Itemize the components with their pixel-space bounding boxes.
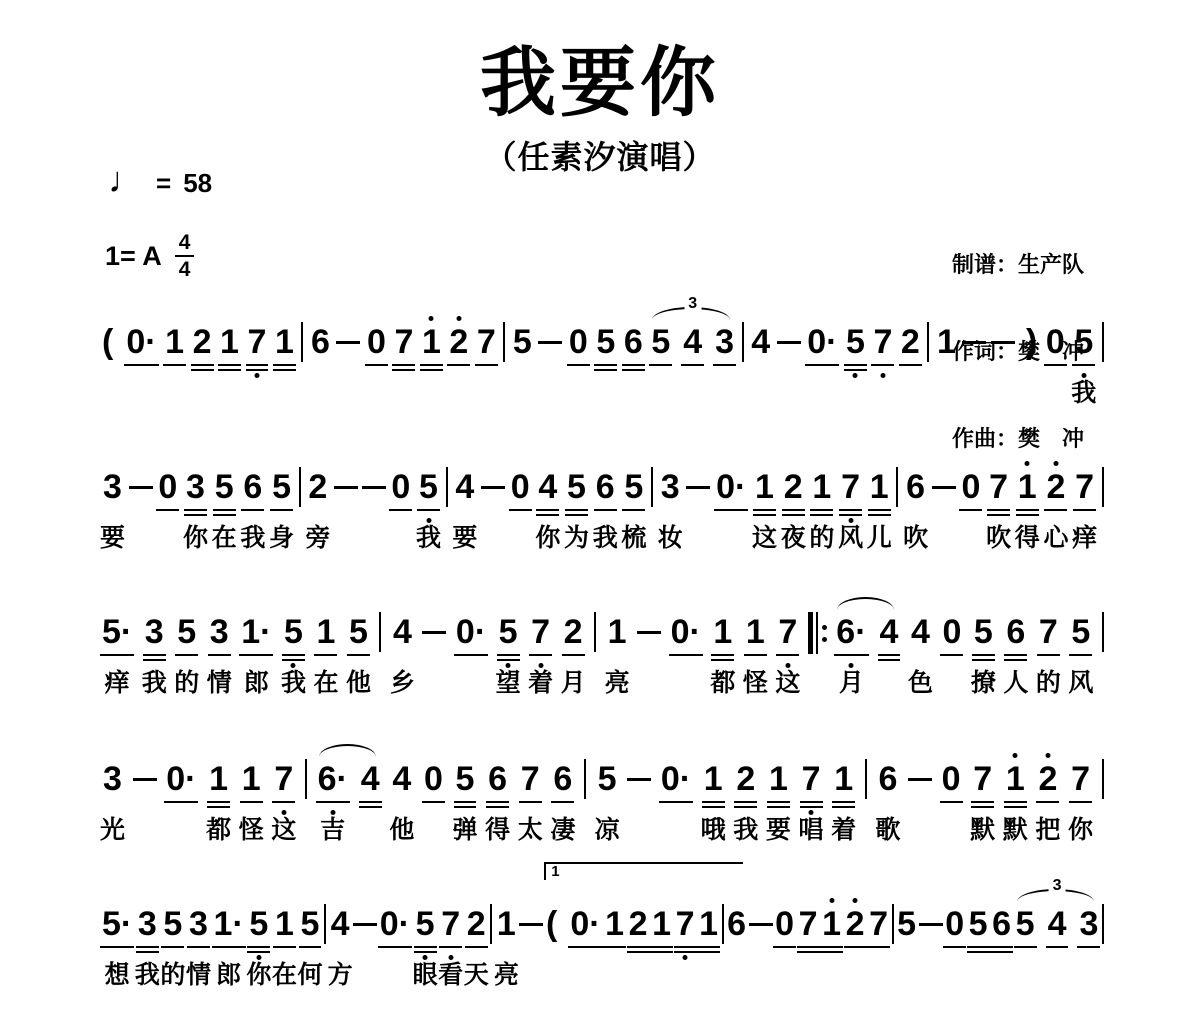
lyric: 何 (297, 961, 322, 989)
duration-dash (686, 486, 710, 489)
note-token: 1在 (272, 904, 297, 989)
notation-line: (0·121716071275056354340·5721)05我 (100, 322, 1105, 407)
note-token: 7这 (775, 612, 800, 697)
lyric: 着 (831, 816, 856, 844)
note-glyph: 5 (622, 467, 645, 507)
note-glyph: 4 (749, 322, 772, 362)
duration-dash (932, 486, 956, 489)
dash-token (908, 759, 932, 826)
lyric: 情 (207, 669, 232, 697)
lyric: 为 (564, 524, 589, 552)
note-token: 3情 (207, 612, 232, 697)
lyric: 光 (100, 816, 125, 844)
note-token: 5 (594, 322, 617, 407)
lyric: 默 (970, 816, 995, 844)
duration-dash (637, 631, 661, 634)
octave-dot-above (853, 898, 858, 903)
notation-line: 3光0·1都1怪7这6·吉44他05弹6得7太6凄5凉0·1哦2我1要7唱1着6… (100, 759, 1105, 844)
note-glyph: 2 (191, 322, 214, 362)
dash-token (422, 612, 446, 679)
note-glyph: 7 (797, 904, 820, 944)
note-token: 5梳 (621, 467, 646, 552)
note-token: 6得 (485, 759, 510, 844)
note-token: 7的 (1036, 612, 1061, 697)
note-glyph: 4 (391, 612, 414, 652)
note-glyph: 0 (509, 467, 532, 507)
note-glyph: 1 (207, 759, 230, 799)
note-token: 5 (511, 322, 534, 407)
note-token: 1怪 (239, 759, 264, 844)
note-group: 6·吉4 (316, 759, 382, 844)
barline-token (502, 322, 506, 407)
dash-token (749, 904, 773, 971)
note-row: 3光0·1都1怪7这6·吉44他05弹6得7太6凄5凉0·1哦2我1要7唱1着6… (100, 759, 1105, 844)
barline-token (1101, 322, 1105, 407)
note-glyph: 5 (844, 322, 867, 362)
barline (446, 467, 448, 507)
paren-token: ) (1024, 322, 1039, 407)
note-glyph: 5 (649, 322, 672, 362)
barline (594, 612, 596, 652)
barline (324, 904, 326, 944)
lyric: 月 (839, 669, 864, 697)
note-token: 5 (967, 904, 990, 989)
lyric: 我 (135, 961, 160, 989)
note-glyph: 4 (681, 322, 704, 362)
lyric: 这 (271, 816, 296, 844)
dash-token (777, 322, 801, 389)
tempo-equals: = (156, 168, 171, 199)
lyric: 要 (766, 816, 791, 844)
lyric: 我 (416, 524, 441, 552)
note-glyph: 1 (240, 759, 263, 799)
note-token: 3妆 (658, 467, 683, 552)
lyric: 我 (593, 524, 618, 552)
note-token: 2 (899, 322, 922, 407)
note-token: 7默 (970, 759, 995, 844)
lyric: 在 (212, 524, 237, 552)
note-token: 2我 (733, 759, 758, 844)
note-token: 5撩 (971, 612, 996, 697)
note-glyph: 0· (124, 322, 158, 362)
duration-dash (627, 778, 651, 781)
note-token: 1·郎 (212, 904, 246, 989)
note-glyph: 1 (606, 612, 629, 652)
note-token: 1 (273, 322, 296, 407)
lyric: 在 (272, 961, 297, 989)
octave-dot-below (1081, 373, 1086, 378)
lyric: 旁 (305, 524, 330, 552)
note-glyph: 7 (1069, 759, 1092, 799)
octave-dot-above (1013, 753, 1018, 758)
note-token: 5眼 (413, 904, 438, 989)
note-token: 6·吉 (316, 759, 350, 844)
note-token: 4色 (908, 612, 933, 697)
note-glyph: 5 (161, 904, 184, 944)
note-token: 1要 (766, 759, 791, 844)
note-token: 1 (820, 904, 843, 989)
credit-composer: 作曲：樊 冲 (952, 424, 1084, 453)
note-group: ) (991, 322, 1039, 407)
note-token: 0· (124, 322, 158, 407)
dash-token (627, 759, 651, 826)
repeat-token (808, 612, 827, 699)
note-token: 5·想 (100, 904, 134, 989)
barline-token (300, 322, 304, 407)
note-glyph: 7 (519, 759, 542, 799)
note-token: 5我 (1071, 322, 1096, 407)
barline-token (891, 904, 895, 989)
lyric: 的 (809, 524, 834, 552)
note-token: 7着 (528, 612, 553, 697)
note-glyph: 3 (184, 467, 207, 507)
barline-token (445, 467, 449, 552)
lyric: 望 (496, 669, 521, 697)
note-glyph: 5 (1069, 612, 1092, 652)
note-glyph: 1 (697, 904, 720, 944)
lyric: 身 (269, 524, 294, 552)
note-glyph: 1 (218, 322, 241, 362)
parenthesis: ( (544, 904, 559, 944)
note-token: 7这 (271, 759, 296, 844)
tempo-marking: ♩ = 58 (108, 168, 212, 199)
octave-dot-below (426, 518, 431, 523)
octave-dot-below (330, 810, 335, 815)
note-token: 2把 (1035, 759, 1060, 844)
note-token: 1 (650, 904, 673, 989)
note-token: 6 (990, 904, 1013, 989)
note-group: (0· (544, 904, 603, 989)
note-token: 3 (713, 322, 736, 407)
note-glyph: 5 (967, 904, 990, 944)
note-glyph: 1 (753, 467, 776, 507)
note-token: 0 (940, 759, 963, 844)
note-row: (0·121716071275056354340·5721)05我 (100, 322, 1105, 407)
note-glyph: 5 (565, 467, 588, 507)
duration-dash (336, 341, 360, 344)
lyric: 看 (438, 961, 463, 989)
lyric: 哦 (701, 816, 726, 844)
note-glyph: 2 (734, 759, 757, 799)
note-glyph: 1 (820, 904, 843, 944)
note-token: 0 (940, 612, 963, 697)
note-token: 6 (725, 904, 748, 989)
note-token: 3情 (186, 904, 211, 989)
note-glyph: 2 (465, 904, 488, 944)
note-token: 1 (218, 322, 241, 407)
dash-token (336, 322, 360, 389)
lyric: 风 (1068, 669, 1093, 697)
note-token: 1得 (1015, 467, 1040, 552)
repeat-thick-bar (808, 612, 813, 654)
note-glyph: 0 (1044, 322, 1067, 362)
note-glyph: 5 (895, 904, 918, 944)
note-token: 5的 (174, 612, 199, 697)
note-glyph: 1 (650, 904, 673, 944)
note-glyph: 6 (551, 759, 574, 799)
note-token: 7 (867, 904, 890, 989)
lyric: 方 (328, 961, 353, 989)
note-glyph: 1 (711, 612, 734, 652)
note-glyph: 0· (454, 612, 488, 652)
lyric: 夜 (781, 524, 806, 552)
note-token: 4你 (535, 467, 560, 552)
note-group: (0· (100, 322, 159, 407)
note-glyph: 7 (529, 612, 552, 652)
note-glyph: 4 (878, 612, 901, 652)
note-glyph: 0· (805, 322, 839, 362)
barline (299, 467, 301, 507)
barline (742, 322, 744, 362)
note-glyph: 5 (497, 612, 520, 652)
duration-dash (538, 341, 562, 344)
barline (379, 612, 381, 652)
barline (927, 322, 929, 362)
note-token: 6我 (593, 467, 618, 552)
note-glyph: 1 (495, 904, 518, 944)
note-glyph: 7 (439, 904, 462, 944)
barline-token (650, 467, 654, 552)
note-token: 0 (959, 467, 982, 552)
barline-token (593, 612, 597, 697)
duration-dash (962, 341, 986, 344)
dash-token (481, 467, 505, 534)
note-glyph: 5 (175, 612, 198, 652)
octave-dot-below (448, 955, 453, 960)
octave-dot-below (256, 955, 261, 960)
note-glyph: 5 (1014, 904, 1037, 944)
repeat-dots (822, 625, 827, 642)
note-token: 7 (246, 322, 269, 407)
dash-token (353, 904, 377, 971)
lyric: 月 (561, 669, 586, 697)
quarter-note-icon: ♩ (108, 162, 144, 198)
note-glyph: 6 (241, 467, 264, 507)
note-token: 0 (389, 467, 412, 552)
note-glyph: 0· (378, 904, 412, 944)
note-token: 0· (669, 612, 703, 697)
note-token: 2心 (1043, 467, 1068, 552)
lyric: 痒 (105, 669, 130, 697)
note-glyph: 4 (1046, 904, 1069, 944)
note-token: 0· (164, 759, 198, 844)
note-token: 0 (567, 322, 590, 407)
note-token: 6 (622, 322, 645, 407)
parenthesis: ( (100, 322, 115, 362)
repeat-dot (822, 625, 827, 630)
lyric: 痒 (1072, 524, 1097, 552)
duration-dash (749, 923, 773, 926)
note-token: 1着 (831, 759, 856, 844)
note-token: 2旁 (305, 467, 330, 552)
note-glyph: 2 (782, 467, 805, 507)
note-token: 3我 (135, 904, 160, 989)
note-glyph: 4 (329, 904, 352, 944)
note-glyph: 4 (390, 759, 413, 799)
note-glyph: 6· (316, 759, 350, 799)
dash-token (538, 322, 562, 389)
duration-dash (908, 778, 932, 781)
octave-dot-below (254, 373, 259, 378)
octave-dot-below (785, 663, 790, 668)
note-token: 5弹 (452, 759, 477, 844)
note-glyph: 1 (603, 904, 626, 944)
note-glyph: 2 (844, 904, 867, 944)
note-token: 1 (935, 322, 958, 407)
note-glyph: 6 (309, 322, 332, 362)
barline (892, 904, 894, 944)
note-glyph: 0 (156, 467, 179, 507)
note-token: 1都 (206, 759, 231, 844)
barline (1102, 904, 1104, 944)
note-token: 6·月 (834, 612, 868, 697)
note-glyph: 4 (536, 467, 559, 507)
first-ending-number: 1 (546, 864, 743, 880)
note-glyph: 0 (943, 904, 966, 944)
note-glyph: 5 (414, 904, 437, 944)
note-token: 7 (392, 322, 415, 407)
barline-token (323, 904, 327, 989)
dash-token (129, 467, 153, 534)
note-glyph: 0· (669, 612, 703, 652)
note-token: 7唱 (799, 759, 824, 844)
note-glyph: 4 (359, 759, 382, 799)
barline (1102, 612, 1104, 652)
duration-dash (991, 341, 1015, 344)
note-glyph: 5 (247, 904, 270, 944)
note-glyph: 1 (767, 759, 790, 799)
note-row: 5·痒3我5的3情1·郎5我1在5他4乡0·5望7着2月1亮0·1都1怪7这6·… (100, 612, 1105, 699)
lyric: 怪 (743, 669, 768, 697)
note-token: 1儿 (867, 467, 892, 552)
duration-dash (362, 486, 386, 489)
octave-dot-below (683, 955, 688, 960)
duration-dash (777, 341, 801, 344)
barline-token (926, 322, 930, 407)
lyric: 风 (838, 524, 863, 552)
barline-token (864, 759, 868, 844)
lyric: 妆 (658, 524, 683, 552)
lyric: 亮 (494, 961, 519, 989)
note-token: 0· (714, 467, 748, 552)
lyric: 他 (346, 669, 371, 697)
octave-dot-below (853, 373, 858, 378)
lyric: 我 (1071, 379, 1096, 407)
note-glyph: 5 (972, 612, 995, 652)
duration-dash (129, 486, 153, 489)
barline-token (489, 904, 493, 989)
note-token: 6凄 (550, 759, 575, 844)
note-glyph: 7 (392, 322, 415, 362)
lyric: 你 (183, 524, 208, 552)
time-signature-top: 4 (175, 232, 195, 255)
note-glyph: 6 (876, 759, 899, 799)
note-glyph: 0· (714, 467, 748, 507)
octave-dot-below (880, 373, 885, 378)
octave-dot-below (809, 810, 814, 815)
note-glyph: 0 (959, 467, 982, 507)
note-token: 4他 (389, 759, 414, 844)
note-token: 0· (805, 322, 839, 407)
octave-dot-below (506, 663, 511, 668)
repeat-thin-bar (816, 612, 818, 654)
note-glyph: 5· (100, 612, 134, 652)
note-token: 0· (454, 612, 488, 697)
lyric: 我 (733, 816, 758, 844)
lyric: 你 (246, 961, 271, 989)
note-glyph: 5 (417, 467, 440, 507)
lyric: 我 (142, 669, 167, 697)
note-token: 3你 (183, 467, 208, 552)
note-token: 5凉 (595, 759, 620, 844)
barline (301, 322, 303, 362)
barline (896, 467, 898, 507)
dash-token (932, 467, 956, 534)
octave-dot-below (848, 518, 853, 523)
note-token: 1怪 (743, 612, 768, 697)
note-token: 2 (191, 322, 214, 407)
note-glyph: 2 (1036, 759, 1059, 799)
note-token: 1 (603, 904, 626, 989)
time-signature-bottom: 4 (175, 255, 195, 280)
note-token: 4要 (452, 467, 477, 552)
note-token: 7 (797, 904, 820, 989)
duration-dash (481, 486, 505, 489)
note-glyph: 1 (832, 759, 855, 799)
lyric: 吉 (320, 816, 345, 844)
note-token: 1这 (752, 467, 777, 552)
octave-dot-below (423, 955, 428, 960)
key-signature: 1= A 4 4 (105, 232, 194, 280)
octave-dot-below (538, 663, 543, 668)
note-glyph: 0 (773, 904, 796, 944)
note-token: 5我 (281, 612, 306, 697)
dash-token (334, 467, 358, 534)
dash-token (919, 904, 943, 971)
song-title: 我要你 (0, 0, 1200, 122)
key-label: 1= A (105, 241, 162, 272)
note-token: 1 (420, 322, 443, 407)
note-glyph: 6 (904, 467, 927, 507)
note-row: 3要03你5在6我5身2旁05我4要04你5为6我5梳3妆0·1这2夜1的7风1… (100, 467, 1105, 552)
note-token: 2 (844, 904, 867, 989)
note-glyph: 7 (867, 904, 890, 944)
lyric: 你 (535, 524, 560, 552)
note-glyph: 1 (1004, 759, 1027, 799)
lyric: 凄 (550, 816, 575, 844)
note-token: 7 (475, 322, 498, 407)
barline (651, 467, 653, 507)
note-token: 5为 (564, 467, 589, 552)
note-glyph: 7 (987, 467, 1010, 507)
lyric: 亮 (605, 669, 630, 697)
note-group: 3543 (1014, 904, 1101, 989)
first-ending-bracket: 1 (544, 862, 743, 880)
note-token: 4 (1046, 904, 1069, 989)
note-token: 6 (309, 322, 332, 407)
lyric: 默 (1003, 816, 1028, 844)
lyric: 太 (518, 816, 543, 844)
lyric: 要 (100, 524, 125, 552)
lyric: 心 (1043, 524, 1068, 552)
barline (503, 322, 505, 362)
note-glyph: 0· (568, 904, 602, 944)
note-glyph: 7 (800, 759, 823, 799)
note-token: 0· (378, 904, 412, 989)
note-glyph: 1 (163, 322, 186, 362)
note-token: 4 (878, 612, 901, 697)
lyric: 都 (206, 816, 231, 844)
